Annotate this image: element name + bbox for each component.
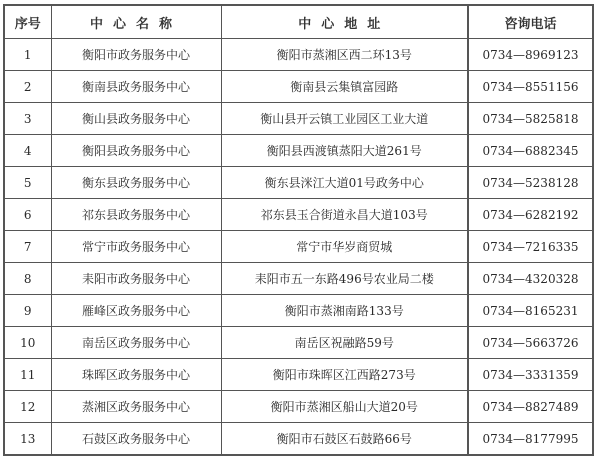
center-phone: 0734—5238128	[468, 167, 593, 199]
center-name: 南岳区政务服务中心	[51, 327, 221, 359]
center-address: 耒阳市五一东路496号农业局二楼	[221, 263, 468, 295]
center-address: 南岳区祝融路59号	[221, 327, 468, 359]
center-name: 祁东县政务服务中心	[51, 199, 221, 231]
table-row: 10南岳区政务服务中心南岳区祝融路59号0734—5663726	[4, 327, 593, 359]
center-phone: 0734—4320328	[468, 263, 593, 295]
row-index: 4	[4, 135, 51, 167]
center-phone: 0734—8969123	[468, 39, 593, 71]
center-phone: 0734—6882345	[468, 135, 593, 167]
center-address: 衡阳市蒸湘区船山大道20号	[221, 391, 468, 423]
center-name: 衡山县政务服务中心	[51, 103, 221, 135]
center-address: 衡南县云集镇富园路	[221, 71, 468, 103]
center-name: 雁峰区政务服务中心	[51, 295, 221, 327]
row-index: 10	[4, 327, 51, 359]
row-index: 12	[4, 391, 51, 423]
table-row: 9雁峰区政务服务中心衡阳市蒸湘南路133号0734—8165231	[4, 295, 593, 327]
service-centers-table: 序号 中心名称 中心地址 咨询电话 1衡阳市政务服务中心衡阳市蒸湘区西二环13号…	[3, 4, 594, 456]
table-row: 7常宁市政务服务中心常宁市华岁商贸城0734—7216335	[4, 231, 593, 263]
center-address: 常宁市华岁商贸城	[221, 231, 468, 263]
center-phone: 0734—5663726	[468, 327, 593, 359]
center-name: 珠晖区政务服务中心	[51, 359, 221, 391]
table-row: 4衡阳县政务服务中心衡阳县西渡镇蒸阳大道261号0734—6882345	[4, 135, 593, 167]
center-address: 衡阳市蒸湘区西二环13号	[221, 39, 468, 71]
table-row: 6祁东县政务服务中心祁东县玉合街道永昌大道103号0734—6282192	[4, 199, 593, 231]
center-address: 衡阳市珠晖区江西路273号	[221, 359, 468, 391]
center-address: 衡山县开云镇工业园区工业大道	[221, 103, 468, 135]
center-address: 衡阳市石鼓区石鼓路66号	[221, 423, 468, 456]
row-index: 11	[4, 359, 51, 391]
center-name: 常宁市政务服务中心	[51, 231, 221, 263]
center-phone: 0734—7216335	[468, 231, 593, 263]
center-address: 衡东县洣江大道01号政务中心	[221, 167, 468, 199]
center-address: 祁东县玉合街道永昌大道103号	[221, 199, 468, 231]
header-center-name: 中心名称	[51, 5, 221, 39]
table-row: 5衡东县政务服务中心衡东县洣江大道01号政务中心0734—5238128	[4, 167, 593, 199]
center-address: 衡阳市蒸湘南路133号	[221, 295, 468, 327]
center-name: 石鼓区政务服务中心	[51, 423, 221, 456]
center-address: 衡阳县西渡镇蒸阳大道261号	[221, 135, 468, 167]
center-name: 衡阳市政务服务中心	[51, 39, 221, 71]
header-phone: 咨询电话	[468, 5, 593, 39]
center-name: 耒阳市政务服务中心	[51, 263, 221, 295]
row-index: 9	[4, 295, 51, 327]
table-row: 12蒸湘区政务服务中心衡阳市蒸湘区船山大道20号0734—8827489	[4, 391, 593, 423]
table-header-row: 序号 中心名称 中心地址 咨询电话	[4, 5, 593, 39]
center-phone: 0734—8165231	[468, 295, 593, 327]
center-phone: 0734—6282192	[468, 199, 593, 231]
center-phone: 0734—5825818	[468, 103, 593, 135]
row-index: 6	[4, 199, 51, 231]
center-phone: 0734—8551156	[468, 71, 593, 103]
center-name: 衡东县政务服务中心	[51, 167, 221, 199]
center-name: 蒸湘区政务服务中心	[51, 391, 221, 423]
center-phone: 0734—3331359	[468, 359, 593, 391]
row-index: 13	[4, 423, 51, 456]
header-index: 序号	[4, 5, 51, 39]
table-row: 8耒阳市政务服务中心耒阳市五一东路496号农业局二楼0734—4320328	[4, 263, 593, 295]
center-name: 衡阳县政务服务中心	[51, 135, 221, 167]
table-row: 1衡阳市政务服务中心衡阳市蒸湘区西二环13号0734—8969123	[4, 39, 593, 71]
row-index: 1	[4, 39, 51, 71]
center-name: 衡南县政务服务中心	[51, 71, 221, 103]
row-index: 7	[4, 231, 51, 263]
table-row: 13石鼓区政务服务中心衡阳市石鼓区石鼓路66号0734—8177995	[4, 423, 593, 456]
row-index: 2	[4, 71, 51, 103]
center-phone: 0734—8177995	[468, 423, 593, 456]
table-row: 2衡南县政务服务中心衡南县云集镇富园路0734—8551156	[4, 71, 593, 103]
row-index: 8	[4, 263, 51, 295]
row-index: 3	[4, 103, 51, 135]
row-index: 5	[4, 167, 51, 199]
table-row: 11珠晖区政务服务中心衡阳市珠晖区江西路273号0734—3331359	[4, 359, 593, 391]
header-center-address: 中心地址	[221, 5, 468, 39]
center-phone: 0734—8827489	[468, 391, 593, 423]
table-row: 3衡山县政务服务中心衡山县开云镇工业园区工业大道0734—5825818	[4, 103, 593, 135]
